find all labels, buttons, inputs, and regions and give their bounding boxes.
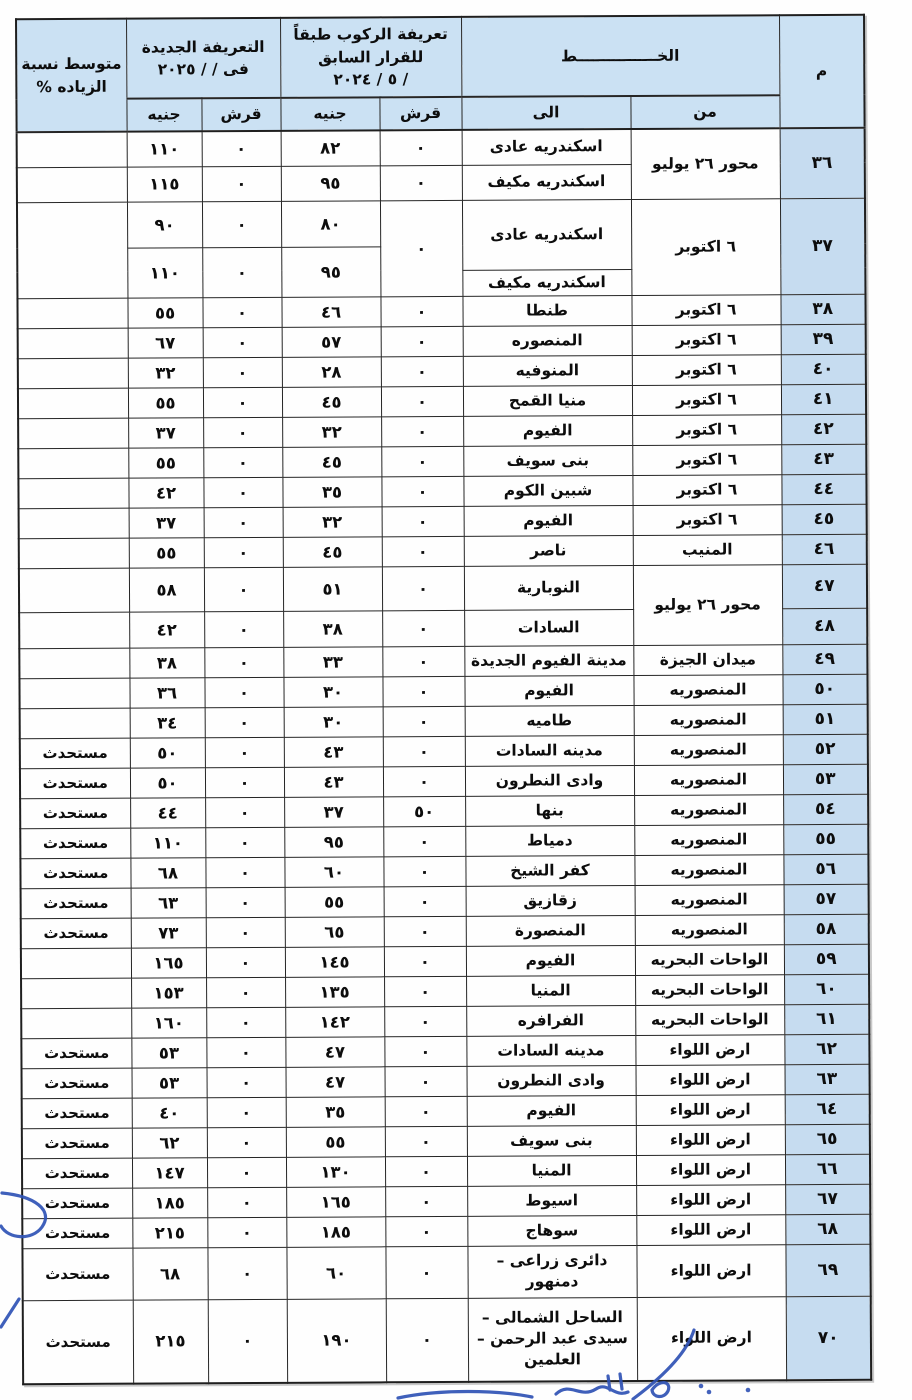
pen-handwriting-loop: [652, 1383, 669, 1397]
old-pounds-cell: ٤٧: [285, 1036, 384, 1067]
new-piasters-cell: ٠: [204, 647, 283, 677]
to-cell: الفيوم: [467, 1095, 636, 1126]
new-piasters-cell: ٠: [205, 857, 284, 887]
avg-increase-cell: [21, 948, 131, 979]
to-cell: وادى النطرون: [465, 765, 634, 796]
header-line-number: م: [779, 15, 865, 128]
avg-increase-cell: [18, 358, 128, 389]
old-pounds-cell: ٣٧: [284, 796, 383, 827]
old-piasters-cell: ٠: [385, 1216, 467, 1246]
avg-increase-cell: مستحدث: [21, 888, 131, 919]
new-pounds-cell: ٤٢: [129, 611, 204, 647]
to-cell: الفيوم: [466, 945, 635, 976]
pen-ink-dot: [699, 1384, 704, 1389]
table-row: ٦٩ارض اللواءدائرى زراعى – دمنهور٠٦٠٠٦٨مس…: [22, 1244, 870, 1300]
table-row: ٥٧المنصوريهزقازيق٠٥٥٠٦٣مستحدث: [21, 884, 869, 918]
from-cell: ٦ اكتوبر: [632, 384, 781, 415]
old-pounds-cell: ٤٥: [282, 446, 381, 477]
to-cell: وادى النطرون: [466, 1065, 635, 1096]
old-piasters-cell: ٠: [381, 476, 463, 506]
old-pounds-cell: ١٤٢: [285, 1006, 384, 1037]
new-pounds-cell: ١١٥: [127, 166, 202, 201]
new-piasters-cell: ٠: [207, 1067, 286, 1097]
avg-increase-cell: مستحدث: [22, 1068, 132, 1099]
table-row: ٤٣٦ اكتوبربنى سويف٠٤٥٠٥٥: [18, 444, 866, 478]
row-number-cell: ٥١: [783, 704, 868, 734]
old-piasters-cell: ٠: [382, 536, 464, 566]
row-number-cell: ٦٦: [785, 1154, 870, 1184]
scanned-tariff-document: { "colors": { "header_bg": "#cbe1f3", "r…: [0, 0, 912, 1400]
old-piasters-cell: ٠: [381, 386, 463, 416]
row-number-cell: ٦٣: [784, 1064, 869, 1094]
avg-increase-cell: مستحدث: [22, 1158, 132, 1189]
old-piasters-cell: ٠: [384, 1066, 466, 1096]
old-pounds-cell: ٢٨: [282, 356, 381, 387]
from-cell: ٦ اكتوبر: [633, 504, 782, 535]
header-avg-increase: متوسط نسبة الزياده %: [16, 19, 127, 133]
row-number-cell: ٤١: [781, 384, 866, 414]
new-piasters-cell: ٠: [205, 737, 284, 767]
old-pounds-cell: ٩٥: [284, 826, 383, 857]
old-piasters-cell: ٠: [384, 976, 466, 1006]
from-cell: ٦ اكتوبر: [632, 324, 781, 355]
avg-increase-cell: مستحدث: [21, 918, 131, 949]
old-piasters-cell: ٠: [386, 1298, 468, 1382]
avg-increase-cell: [17, 167, 127, 203]
new-piasters-cell: ٠: [206, 1007, 285, 1037]
avg-increase-cell: مستحدث: [22, 1218, 132, 1249]
row-number-cell: ٤٧: [782, 564, 867, 608]
new-pounds-cell: ٥٥: [127, 297, 202, 327]
to-cell: الفيوم: [464, 675, 633, 706]
old-pounds-cell: ٣٥: [286, 1096, 385, 1127]
pen-handwriting-letters: [556, 1387, 628, 1394]
table-row: ٦٥ارض اللواءبنى سويف٠٥٥٠٦٢مستحدث: [22, 1124, 870, 1158]
avg-increase-cell: مستحدث: [22, 1248, 132, 1301]
new-pounds-cell: ١١٠: [130, 827, 205, 857]
new-piasters-cell: ٠: [202, 297, 281, 327]
to-cell: النوبارية: [464, 565, 633, 610]
to-cell: بنى سويف: [463, 445, 632, 476]
table-row: ٧٠ارض اللواءالساحل الشمالى – سيدى عبد ال…: [23, 1296, 871, 1384]
new-pounds-cell: ١٦٥: [131, 947, 206, 977]
header-new-tariff: التعريفة الجديدة فى / / ٢٠٢٥: [126, 18, 280, 99]
old-piasters-cell: ٠: [382, 506, 464, 536]
from-cell: ٦ اكتوبر: [632, 474, 781, 505]
from-cell: ميدان الجيزة: [633, 644, 782, 675]
table-row: ٤٥٦ اكتوبرالفيوم٠٣٢٠٣٧: [19, 504, 867, 538]
old-piasters-cell: ٠: [382, 566, 464, 610]
old-piasters-cell: ٠: [383, 856, 465, 886]
old-pounds-cell: ٤٥: [283, 536, 382, 567]
header-line: الخـــــــــــــــط: [461, 15, 779, 97]
old-piasters-cell: ٠: [384, 1006, 466, 1036]
avg-increase-cell: [20, 708, 130, 739]
old-pounds-cell: ٦٠: [284, 856, 383, 887]
table-row: ٥٢المنصوريهمدينه السادات٠٤٣٠٥٠مستحدث: [20, 734, 868, 768]
from-cell: ارض اللواء: [636, 1154, 785, 1185]
row-number-cell: ٤٩: [782, 644, 867, 674]
from-cell: ارض اللواء: [636, 1094, 785, 1125]
header-to: الى: [461, 96, 630, 130]
new-piasters-cell: ٠: [203, 447, 282, 477]
new-pounds-cell: ١٦٠: [131, 1007, 206, 1037]
from-cell: ٦ اكتوبر: [631, 294, 780, 325]
row-number-cell: ٤٥: [782, 504, 867, 534]
to-cell: اسكندريه مكيف: [462, 269, 631, 296]
new-pounds-cell: ٢١٥: [132, 1217, 207, 1247]
from-cell: ارض اللواء: [635, 1064, 784, 1095]
table-body: ٣٦محور ٢٦ يوليواسكندريه عادى٠٨٢٠١١٠اسكند…: [17, 128, 872, 1384]
avg-increase-cell: [18, 328, 128, 359]
new-piasters-cell: ٠: [204, 537, 283, 567]
old-piasters-cell: ٠: [383, 766, 465, 796]
new-piasters-cell: ٠: [202, 131, 281, 166]
new-pounds-cell: ٧٣: [131, 917, 206, 947]
row-number-cell: ٥٤: [783, 794, 868, 824]
old-piasters-cell: ٠: [380, 165, 462, 200]
new-piasters-cell: ٠: [202, 201, 281, 247]
row-number-cell: ٦٩: [785, 1244, 870, 1296]
old-pounds-cell: ٥٥: [286, 1126, 385, 1157]
table-row: ٦٨ارض اللواءسوهاج٠١٨٥٠٢١٥مستحدث: [22, 1214, 870, 1248]
old-pounds-cell: ٣٨: [283, 610, 382, 647]
new-piasters-cell: ٠: [204, 567, 283, 611]
to-cell: اسكندريه عادى: [462, 129, 631, 165]
old-pounds-cell: ٤٥: [282, 386, 381, 417]
from-cell: المنصوريه: [634, 734, 783, 765]
row-number-cell: ٣٨: [780, 294, 865, 324]
new-pounds-cell: ٣٨: [129, 647, 204, 677]
old-piasters-cell: ٠: [382, 646, 464, 676]
new-pounds-cell: ٣٧: [128, 417, 203, 447]
row-number-cell: ٥٣: [783, 764, 868, 794]
to-cell: المنصوره: [463, 325, 632, 356]
to-cell: اسكندريه مكيف: [462, 164, 631, 200]
avg-increase-cell: مستحدث: [22, 1098, 132, 1129]
new-piasters-cell: ٠: [205, 797, 284, 827]
avg-increase-cell: [18, 478, 128, 509]
new-pounds-cell: ٦٨: [130, 857, 205, 887]
from-cell: ارض اللواء: [635, 1034, 784, 1065]
row-number-cell: ٦٥: [785, 1124, 870, 1154]
new-pounds-cell: ١٤٧: [132, 1157, 207, 1187]
old-piasters-cell: ٠: [383, 826, 465, 856]
new-pounds-cell: ٣٤: [130, 707, 205, 737]
table-row: ٥٣المنصوريهوادى النطرون٠٤٣٠٥٠مستحدث: [20, 764, 868, 798]
new-piasters-cell: ٠: [207, 1157, 286, 1187]
new-pounds-cell: ٦٣: [131, 887, 206, 917]
new-pounds-cell: ٤٠: [132, 1097, 207, 1127]
old-pounds-cell: ٥٧: [282, 326, 381, 357]
old-pounds-cell: ٦٠: [286, 1246, 385, 1299]
to-cell: مدينة الفيوم الجديدة: [464, 645, 633, 676]
old-pounds-cell: ٤٦: [281, 296, 380, 327]
from-cell: ارض اللواء: [637, 1296, 786, 1381]
table-row: ٥٨المنصوريهالمنصورة٠٦٥٠٧٣مستحدث: [21, 914, 869, 948]
to-cell: المنصورة: [466, 915, 635, 946]
new-pounds-cell: ٤٤: [130, 797, 205, 827]
old-pounds-cell: ١٨٥: [286, 1216, 385, 1247]
from-cell: الواحات البحريه: [635, 974, 784, 1005]
new-pounds-cell: ٣٦: [129, 677, 204, 707]
header-old-tariff: تعريفة الركوب طبقاً للقرار السابق / ٥ / …: [280, 17, 461, 98]
row-number-cell: ٥٩: [784, 944, 869, 974]
old-pounds-cell: ٣٢: [283, 506, 382, 537]
table-row: ٦٣ارض اللواءوادى النطرون٠٤٧٠٥٣مستحدث: [22, 1064, 870, 1098]
avg-increase-cell: [19, 648, 129, 679]
to-cell: الساحل الشمالى – سيدى عبد الرحمن – العلم…: [468, 1297, 637, 1382]
table-row: ٣٨٦ اكتوبرطنطا٠٤٦٠٥٥: [17, 294, 865, 328]
old-piasters-cell: ٠: [385, 1096, 467, 1126]
to-cell: سوهاج: [467, 1215, 636, 1246]
new-pounds-cell: ١١٠: [127, 247, 202, 297]
row-number-cell: ٦٨: [785, 1214, 870, 1244]
avg-increase-cell: مستحدث: [20, 738, 130, 769]
old-piasters-cell: ٠: [382, 610, 464, 646]
old-piasters-cell: ٠: [385, 1126, 467, 1156]
avg-increase-cell: [19, 538, 129, 569]
old-pounds-cell: ٣٥: [282, 476, 381, 507]
old-piasters-cell: ٠: [380, 130, 462, 165]
from-cell: محور ٢٦ يوليو: [633, 564, 782, 645]
avg-increase-cell: مستحدث: [21, 1038, 131, 1069]
new-piasters-cell: ٠: [206, 887, 285, 917]
old-pounds-cell: ٣٣: [283, 646, 382, 677]
old-pounds-cell: ٩٥: [281, 246, 380, 297]
to-cell: الفيوم: [464, 505, 633, 536]
new-piasters-cell: ٠: [203, 387, 282, 417]
table-row: ٥٠المنصوريهالفيوم٠٣٠٠٣٦: [19, 674, 867, 708]
old-piasters-cell: ٠: [383, 736, 465, 766]
new-piasters-cell: ٠: [204, 507, 283, 537]
table-row: ٥٤المنصوريهبنها٥٠٣٧٠٤٤مستحدث: [20, 794, 868, 828]
new-pounds-cell: ٦٨: [132, 1247, 207, 1299]
old-pounds-cell: ٦٥: [285, 916, 384, 947]
old-piasters-cell: ٠: [380, 296, 462, 326]
new-pounds-cell: ٥٥: [128, 447, 203, 477]
row-number-cell: ٤٢: [781, 414, 866, 444]
to-cell: المنيا: [467, 1155, 636, 1186]
table-header: م الخـــــــــــــــط تعريفة الركوب طبقا…: [16, 15, 865, 132]
from-cell: الواحات البحريه: [635, 1004, 784, 1035]
old-pounds-cell: ٥١: [283, 566, 382, 611]
row-number-cell: ٦٤: [785, 1094, 870, 1124]
old-piasters-cell: ٠: [384, 1036, 466, 1066]
from-cell: ارض اللواء: [636, 1214, 785, 1245]
avg-increase-cell: مستحدث: [23, 1300, 133, 1385]
new-piasters-cell: ٠: [207, 1247, 286, 1299]
new-pounds-cell: ٥٨: [129, 567, 204, 611]
pen-ink-dot: [707, 1390, 712, 1395]
to-cell: طاميه: [465, 705, 634, 736]
new-piasters-cell: ٠: [205, 707, 284, 737]
new-piasters-cell: ٠: [203, 357, 282, 387]
pen-handwriting-squiggle: [398, 1392, 532, 1399]
table-row: ٤٧محور ٢٦ يوليوالنوبارية٠٥١٠٥٨: [19, 564, 867, 612]
avg-increase-cell: مستحدث: [20, 858, 130, 889]
from-cell: ٦ اكتوبر: [632, 444, 781, 475]
avg-increase-cell: مستحدث: [20, 828, 130, 859]
row-number-cell: ٦٠: [784, 974, 869, 1004]
table-row: ٤٤٦ اكتوبرشبين الكوم٠٣٥٠٤٢: [18, 474, 866, 508]
from-cell: المنصوريه: [634, 824, 783, 855]
table-row: ٦٧ارض اللواءاسيوط٠١٦٥٠١٨٥مستحدث: [22, 1184, 870, 1218]
from-cell: المنصوريه: [635, 884, 784, 915]
from-cell: المنصوريه: [633, 674, 782, 705]
to-cell: اسكندريه عادى: [462, 199, 631, 270]
old-pounds-cell: ١٩٠: [287, 1298, 386, 1383]
row-number-cell: ٤٨: [782, 608, 867, 644]
old-pounds-cell: ٤٧: [285, 1066, 384, 1097]
pen-dash-mark: [1, 1299, 19, 1327]
new-piasters-cell: ٠: [205, 827, 284, 857]
new-piasters-cell: ٠: [207, 1097, 286, 1127]
avg-increase-cell: [18, 418, 128, 449]
table-row: ٥٦المنصوريهكفر الشيخ٠٦٠٠٦٨مستحدث: [20, 854, 868, 888]
row-number-cell: ٣٦: [780, 128, 865, 198]
table-row: ٦٤ارض اللواءالفيوم٠٣٥٠٤٠مستحدث: [22, 1094, 870, 1128]
new-pounds-cell: ٥٠: [130, 737, 205, 767]
new-pounds-cell: ٥٥: [129, 537, 204, 567]
row-number-cell: ٣٧: [780, 198, 866, 294]
row-number-cell: ٥٦: [783, 854, 868, 884]
to-cell: مدينه السادات: [466, 1035, 635, 1066]
table-row: ٦٦ارض اللواءالمنيا٠١٣٠٠١٤٧مستحدث: [22, 1154, 870, 1188]
to-cell: كفر الشيخ: [465, 855, 634, 886]
to-cell: مدينه السادات: [465, 735, 634, 766]
row-number-cell: ٦١: [784, 1004, 869, 1034]
table-row: ٥٩الواحات البحريهالفيوم٠١٤٥٠١٦٥: [21, 944, 869, 978]
to-cell: منيا القمح: [463, 385, 632, 416]
table-row: ٤٦المنيبناصر٠٤٥٠٥٥: [19, 534, 867, 568]
from-cell: المنصوريه: [634, 854, 783, 885]
pen-ink-dot: [746, 1388, 751, 1393]
table-row: ٥١المنصوريهطاميه٠٣٠٠٣٤: [20, 704, 868, 738]
avg-increase-cell: [17, 202, 128, 299]
from-cell: المنيب: [633, 534, 782, 565]
to-cell: زقازيق: [466, 885, 635, 916]
old-piasters-cell: ٠: [382, 676, 464, 706]
new-piasters-cell: ٠: [207, 1127, 286, 1157]
old-pounds-cell: ٣٠: [283, 676, 382, 707]
to-cell: المنيا: [466, 975, 635, 1006]
new-pounds-cell: ٣٧: [129, 507, 204, 537]
from-cell: ارض اللواء: [636, 1244, 785, 1297]
new-pounds-cell: ٥٥: [128, 387, 203, 417]
row-number-cell: ٥٨: [784, 914, 869, 944]
new-pounds-cell: ٦٢: [132, 1127, 207, 1157]
to-cell: اسيوط: [467, 1185, 636, 1216]
old-pounds-cell: ٣٠: [284, 706, 383, 737]
new-pounds-cell: ١٨٥: [132, 1187, 207, 1217]
avg-increase-cell: [19, 508, 129, 539]
new-piasters-cell: ٠: [204, 611, 283, 647]
new-pounds-cell: ٥٣: [131, 1037, 206, 1067]
old-pounds-cell: ٤٣: [284, 736, 383, 767]
old-piasters-cell: ٠: [380, 200, 463, 296]
row-number-cell: ٥٧: [784, 884, 869, 914]
table-row: ٤٢٦ اكتوبرالفيوم٠٣٢٠٣٧: [18, 414, 866, 448]
table-row: ٦٠الواحات البحريهالمنيا٠١٣٥٠١٥٣: [21, 974, 869, 1008]
table-row: ٤٠٦ اكتوبرالمنوفيه٠٢٨٠٣٢: [18, 354, 866, 388]
tariff-table: م الخـــــــــــــــط تعريفة الركوب طبقا…: [15, 14, 872, 1385]
header-from: من: [630, 95, 779, 129]
avg-increase-cell: [21, 978, 131, 1009]
avg-increase-cell: [19, 678, 129, 709]
new-piasters-cell: ٠: [207, 1187, 286, 1217]
new-pounds-cell: ٦٧: [128, 327, 203, 357]
old-pounds-cell: ٥٥: [285, 886, 384, 917]
avg-increase-cell: مستحدث: [20, 798, 130, 829]
from-cell: المنصوريه: [634, 764, 783, 795]
table-row: ٦١الواحات البحريهالفرافره٠١٤٢٠١٦٠: [21, 1004, 869, 1038]
avg-increase-cell: [21, 1008, 131, 1039]
from-cell: ٦ اكتوبر: [632, 414, 781, 445]
to-cell: الفرافره: [466, 1005, 635, 1036]
avg-increase-cell: [19, 612, 129, 649]
avg-increase-cell: [19, 568, 129, 613]
table-row: ٤٩ميدان الجيزةمدينة الفيوم الجديدة٠٣٣٠٣٨: [19, 644, 867, 678]
to-cell: الفيوم: [463, 415, 632, 446]
new-pounds-cell: ٣٢: [128, 357, 203, 387]
to-cell: ناصر: [464, 535, 633, 566]
new-piasters-cell: ٠: [202, 166, 281, 201]
row-number-cell: ٤٣: [781, 444, 866, 474]
old-piasters-cell: ٠: [384, 886, 466, 916]
old-pounds-cell: ١٣٠: [286, 1156, 385, 1187]
old-pounds-cell: ١٣٥: [285, 976, 384, 1007]
from-cell: ٦ اكتوبر: [632, 354, 781, 385]
from-cell: محور ٢٦ يوليو: [631, 128, 780, 199]
from-cell: الواحات البحريه: [635, 944, 784, 975]
to-cell: دائرى زراعى – دمنهور: [467, 1245, 636, 1298]
new-pounds-cell: ٥٣: [132, 1067, 207, 1097]
old-piasters-cell: ٠: [381, 326, 463, 356]
new-piasters-cell: ٠: [207, 1217, 286, 1247]
row-number-cell: ٦٢: [784, 1034, 869, 1064]
to-cell: بنها: [465, 795, 634, 826]
header-piasters-old: قرش: [379, 97, 461, 130]
old-piasters-cell: ٠: [381, 446, 463, 476]
old-piasters-cell: ٠: [385, 1246, 467, 1298]
old-piasters-cell: ٠: [381, 356, 463, 386]
to-cell: المنوفيه: [463, 355, 632, 386]
avg-increase-cell: مستحدث: [20, 768, 130, 799]
new-piasters-cell: ٠: [205, 767, 284, 797]
old-pounds-cell: ٣٢: [282, 416, 381, 447]
new-pounds-cell: ١١٠: [127, 131, 202, 166]
row-number-cell: ٥٠: [782, 674, 867, 704]
row-number-cell: ٥٥: [783, 824, 868, 854]
old-piasters-cell: ٠: [381, 416, 463, 446]
from-cell: ارض اللواء: [636, 1124, 785, 1155]
row-number-cell: ٤٤: [781, 474, 866, 504]
to-cell: بنى سويف: [467, 1125, 636, 1156]
header-piasters-new: قرش: [201, 98, 280, 131]
old-piasters-cell: ٥٠: [383, 796, 465, 826]
table-row: ٥٥المنصوريهدمياط٠٩٥٠١١٠مستحدث: [20, 824, 868, 858]
new-piasters-cell: ٠: [204, 677, 283, 707]
old-pounds-cell: ٨٠: [281, 200, 380, 247]
old-pounds-cell: ٤٣: [284, 766, 383, 797]
old-pounds-cell: ٨٢: [281, 130, 380, 166]
from-cell: المنصوريه: [635, 914, 784, 945]
new-pounds-cell: ١٥٣: [131, 977, 206, 1007]
new-piasters-cell: ٠: [206, 917, 285, 947]
old-pounds-cell: ١٦٥: [286, 1186, 385, 1217]
old-pounds-cell: ١٤٥: [285, 946, 384, 977]
